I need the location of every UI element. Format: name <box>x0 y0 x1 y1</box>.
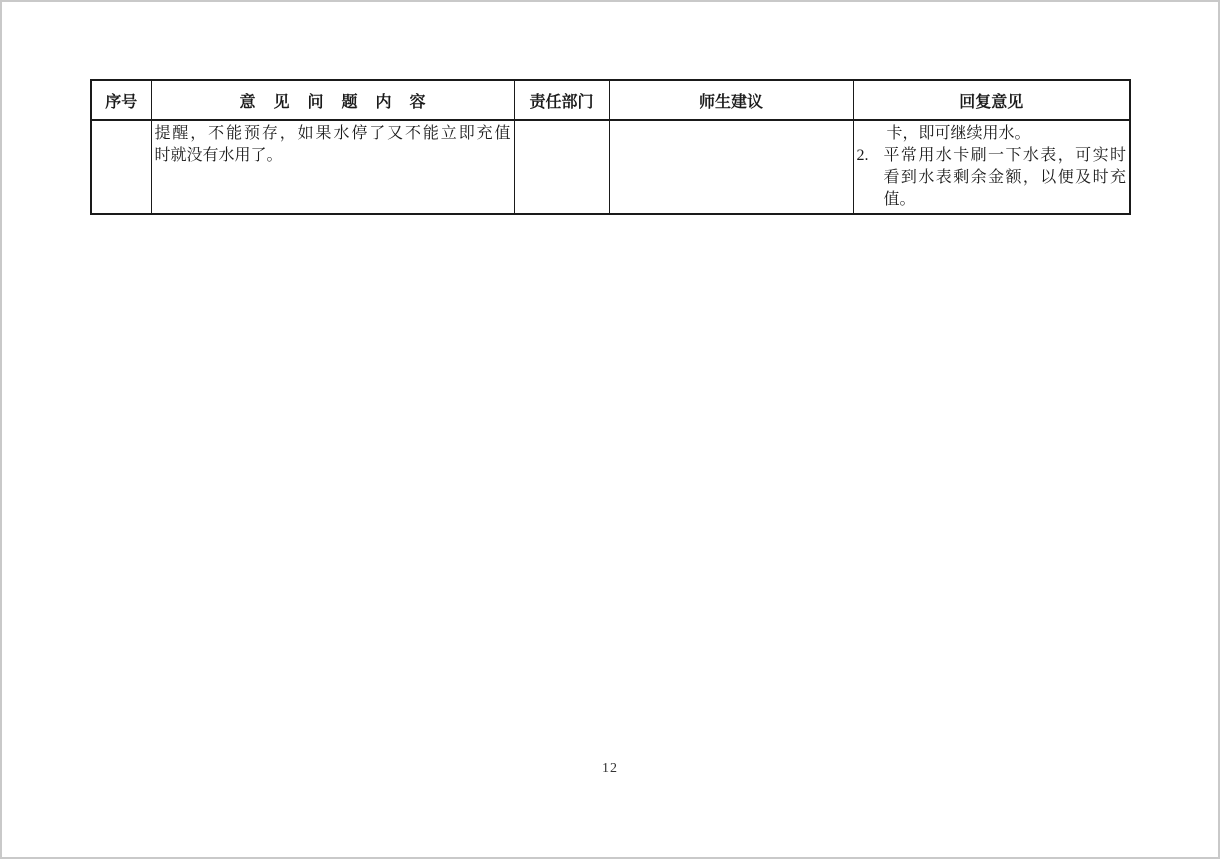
reply-continuation-line: 卡，即可继续用水。 <box>887 123 1127 145</box>
reply-item-line: 平常用水卡刷一下水表，可实时 <box>884 145 1127 167</box>
header-reply-opinion: 回复意见 <box>853 80 1130 120</box>
reply-item-marker: 2. <box>857 145 884 167</box>
table-header-row: 序号 意 见 问 题 内 容 责任部门 师生建议 回复意见 <box>91 80 1130 120</box>
cell-teacher-student-suggestion <box>609 120 853 214</box>
header-responsible-department: 责任部门 <box>514 80 609 120</box>
feedback-table: 序号 意 见 问 题 内 容 责任部门 师生建议 回复意见 提醒，不能预存，如果… <box>90 79 1131 215</box>
opinion-content-line: 时就没有水用了。 <box>155 145 511 167</box>
table-row: 提醒，不能预存，如果水停了又不能立即充值 时就没有水用了。 卡，即可继续用水。 … <box>91 120 1130 214</box>
reply-numbered-item: 2. 平常用水卡刷一下水表，可实时 看到水表剩余金额，以便及时充 值。 <box>857 145 1127 211</box>
cell-responsible-department <box>514 120 609 214</box>
cell-opinion-content: 提醒，不能预存，如果水停了又不能立即充值 时就没有水用了。 <box>151 120 514 214</box>
reply-item-text: 平常用水卡刷一下水表，可实时 看到水表剩余金额，以便及时充 值。 <box>884 145 1127 211</box>
reply-item-line: 看到水表剩余金额，以便及时充 <box>884 167 1127 189</box>
document-page: 序号 意 见 问 题 内 容 责任部门 师生建议 回复意见 提醒，不能预存，如果… <box>0 0 1220 859</box>
page-number: 12 <box>2 761 1218 777</box>
header-serial-number: 序号 <box>91 80 151 120</box>
header-teacher-student-suggestion: 师生建议 <box>609 80 853 120</box>
reply-item-line: 值。 <box>884 189 1127 211</box>
opinion-content-line: 提醒，不能预存，如果水停了又不能立即充值 <box>155 123 511 145</box>
header-opinion-content: 意 见 问 题 内 容 <box>151 80 514 120</box>
cell-reply-opinion: 卡，即可继续用水。 2. 平常用水卡刷一下水表，可实时 看到水表剩余金额，以便及… <box>853 120 1130 214</box>
cell-serial-number <box>91 120 151 214</box>
